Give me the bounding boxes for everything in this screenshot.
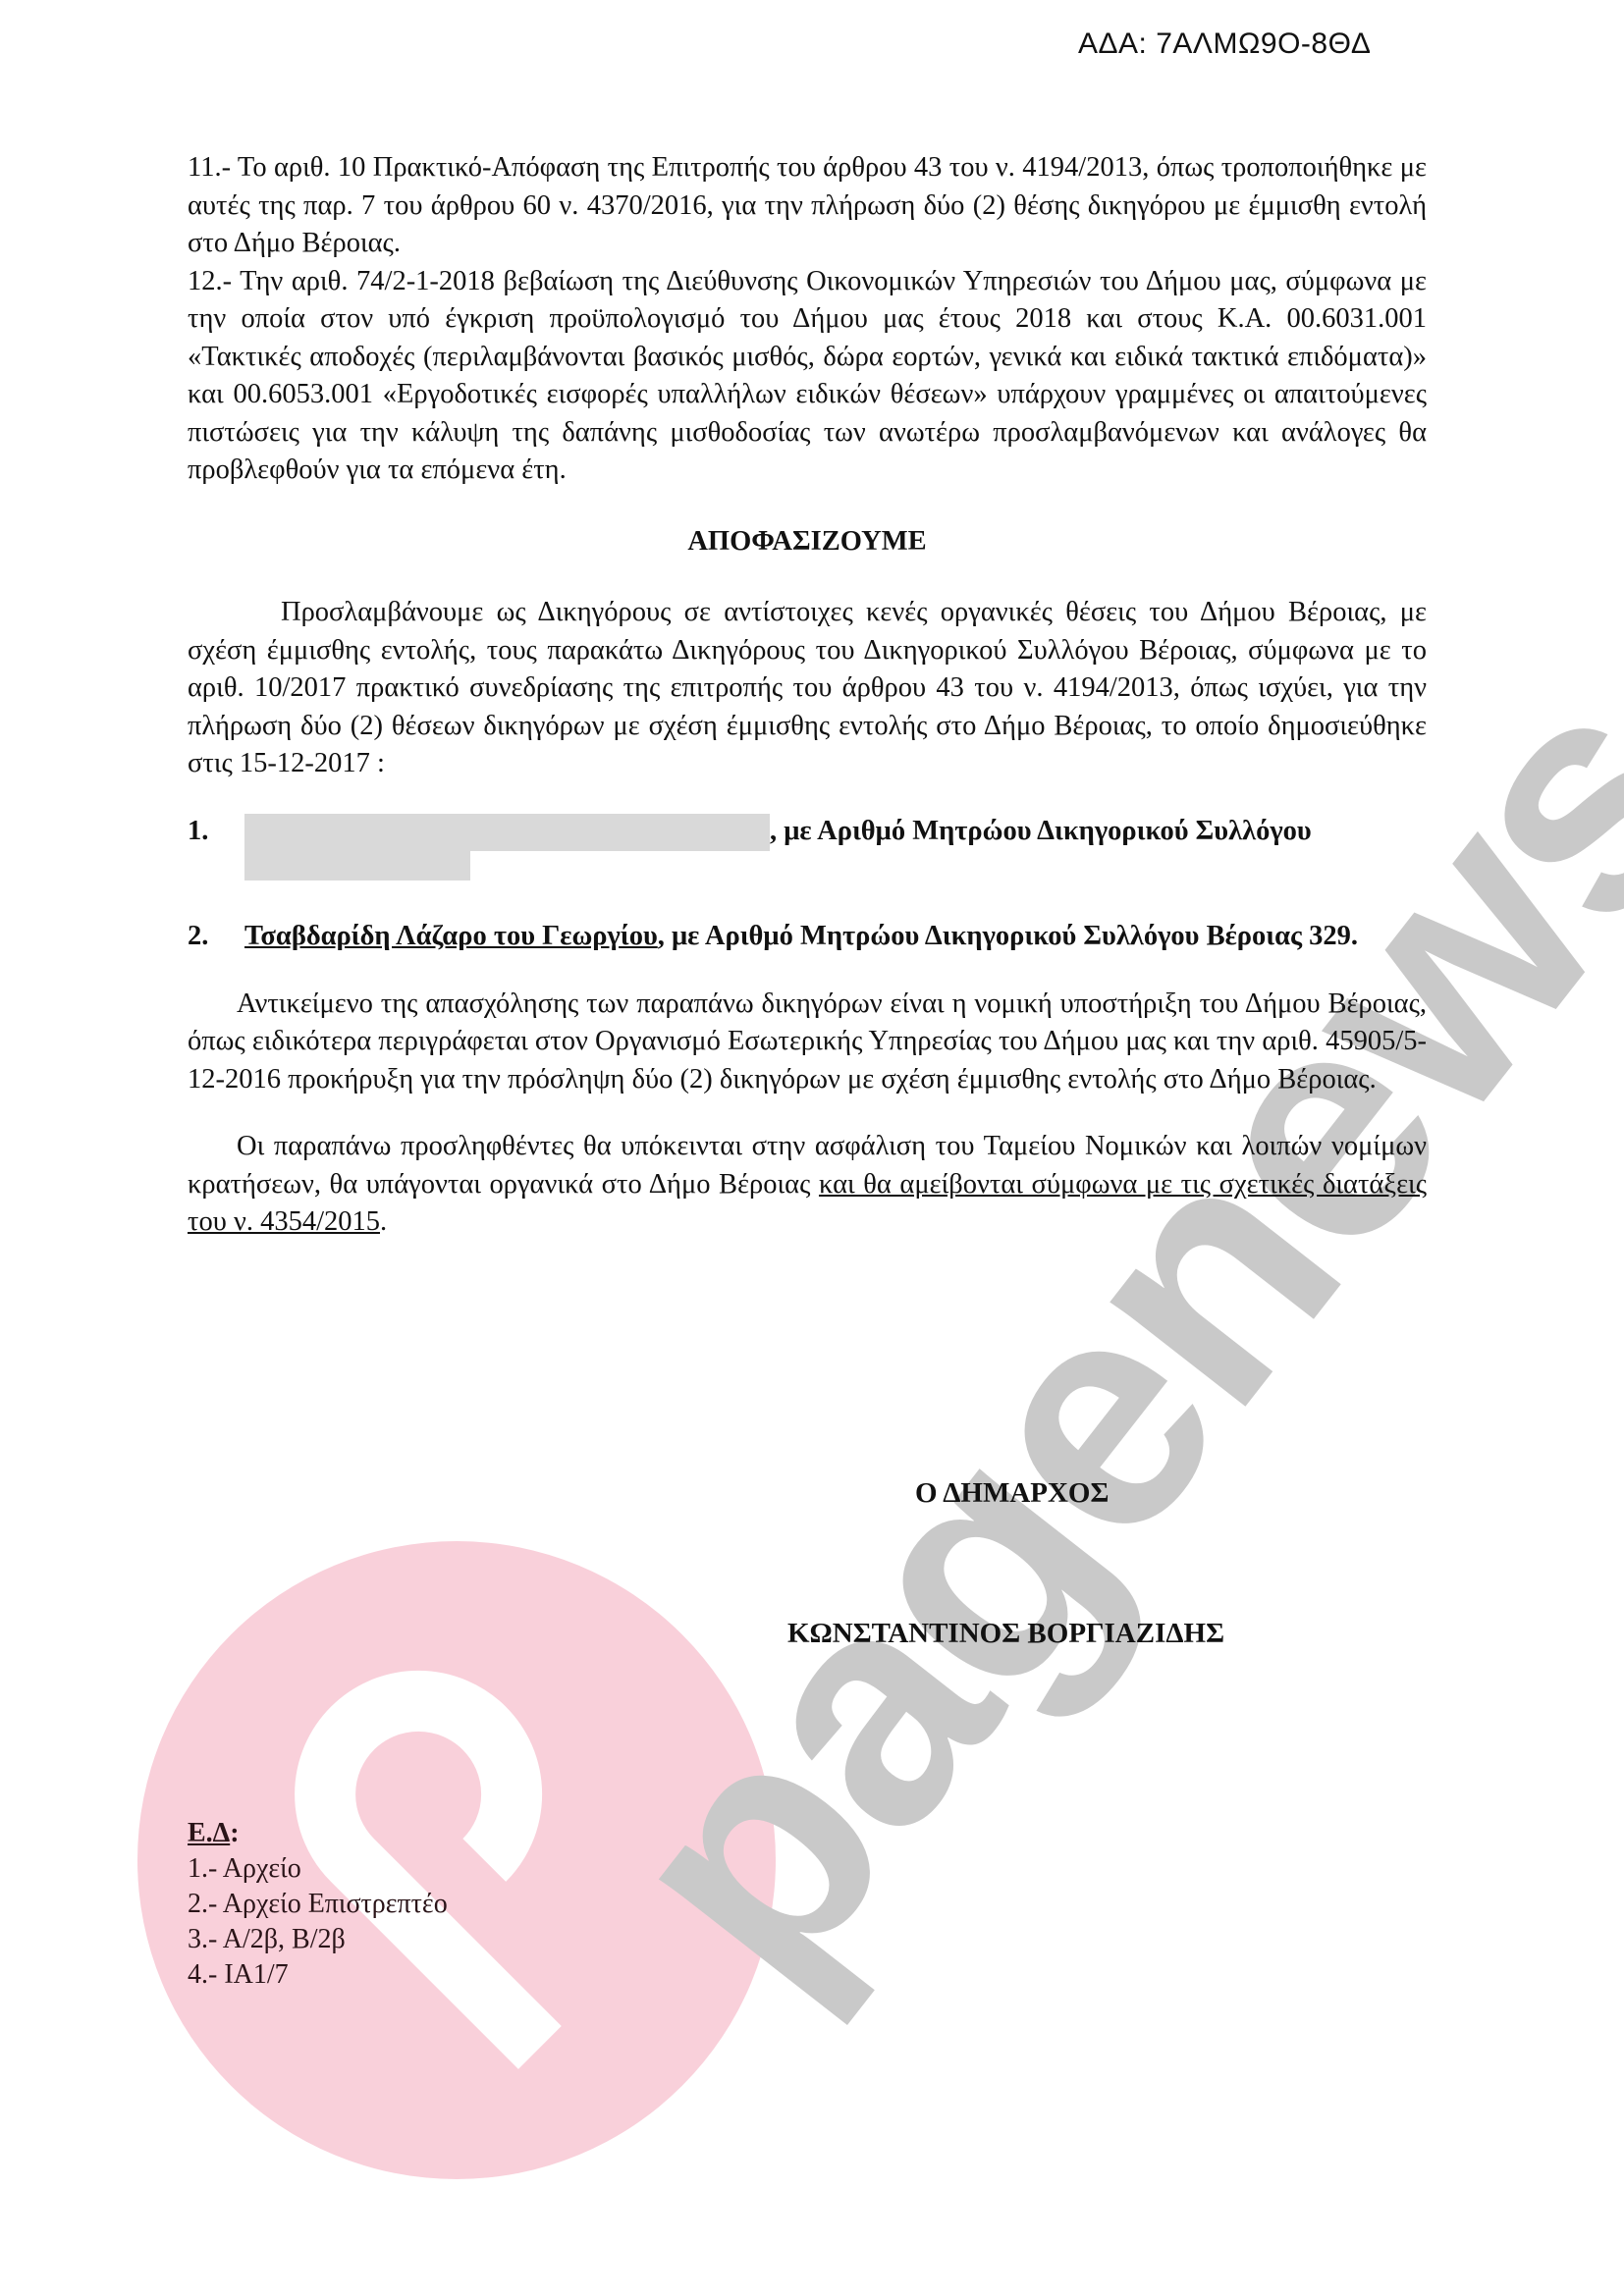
recital-12: 12.- Την αριθ. 74/2-1-2018 βεβαίωση της … bbox=[188, 263, 1427, 490]
redacted-name bbox=[244, 814, 770, 851]
document-page: pagenews.gr ΑΔΑ: 7ΑΛΜΩ9Ο-8ΘΔ 11.- Το αρι… bbox=[0, 0, 1624, 2296]
insurance-paragraph: Οι παραπάνω προσληφθέντες θα υπόκεινται … bbox=[188, 1128, 1427, 1242]
recital-11: 11.- Το αριθ. 10 Πρακτικό-Απόφαση της Επ… bbox=[188, 149, 1427, 263]
appointee-2: 2. Τσαβδαρίδη Λάζαρο του Γεωργίου, με Αρ… bbox=[188, 918, 1427, 956]
distribution-item: 1.- Αρχείο bbox=[188, 1851, 448, 1887]
decision-heading: ΑΠΟΦΑΣΙΖΟΥΜΕ bbox=[188, 523, 1427, 561]
insurance-end: . bbox=[380, 1206, 387, 1237]
distribution-item: 4.- ΙΑ1/7 bbox=[188, 1957, 448, 1993]
appointee-number: 1. bbox=[188, 813, 244, 889]
signature-title: Ο ΔΗΜΑΡΧΟΣ bbox=[915, 1477, 1109, 1510]
appointee-number: 2. bbox=[188, 918, 244, 956]
redacted-registry-number bbox=[244, 851, 470, 881]
appointee-1: 1. , με Αριθμό Μητρώου Δικηγορικού Συλλό… bbox=[188, 813, 1427, 889]
purpose-paragraph: Αντικείμενο της απασχόλησης των παραπάνω… bbox=[188, 986, 1427, 1099]
distribution-list: Ε.Δ: 1.- Αρχείο 2.- Αρχείο Επιστρεπτέο 3… bbox=[188, 1816, 448, 1993]
decision-intro: Προσλαμβάνουμε ως Δικηγόρους σε αντίστοι… bbox=[188, 594, 1427, 783]
distribution-item: 3.- Α/2β, Β/2β bbox=[188, 1922, 448, 1957]
distribution-title: Ε.Δ: bbox=[188, 1816, 448, 1851]
appointee-name: Τσαβδαρίδη Λάζαρο του Γεωργίου bbox=[244, 921, 658, 951]
distribution-item: 2.- Αρχείο Επιστρεπτέο bbox=[188, 1887, 448, 1922]
appointee-suffix: , με Αριθμό Μητρώου Δικηγορικού Συλλόγου… bbox=[658, 921, 1358, 951]
ada-code: ΑΔΑ: 7ΑΛΜΩ9Ο-8ΘΔ bbox=[1078, 27, 1371, 61]
signature-name: ΚΩΝΣΤΑΝΤΙΝΟΣ ΒΟΡΓΙΑΖΙΔΗΣ bbox=[787, 1618, 1224, 1650]
appointee-suffix: , με Αριθμό Μητρώου Δικηγορικού Συλλόγου bbox=[770, 816, 1312, 846]
document-body: 11.- Το αριθ. 10 Πρακτικό-Απόφαση της Επ… bbox=[188, 149, 1427, 1242]
